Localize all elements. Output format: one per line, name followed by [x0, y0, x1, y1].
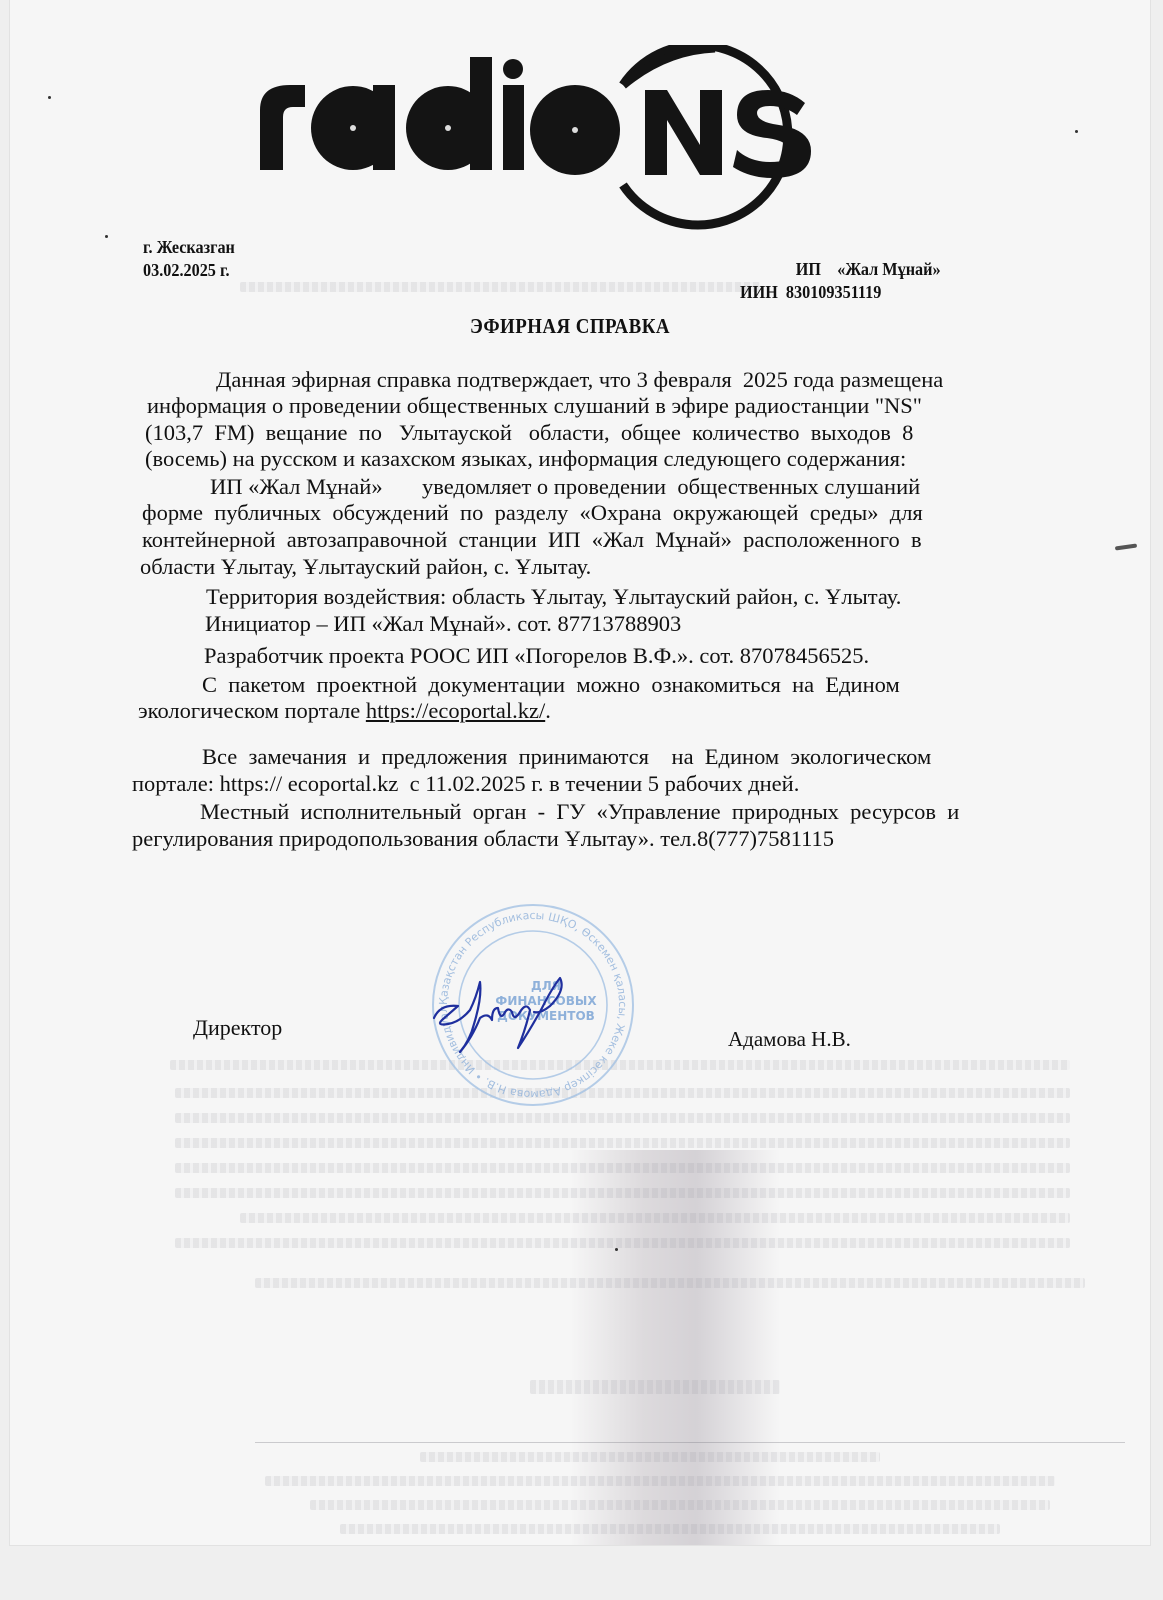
- authority-line-2: регулирования природопользования области…: [132, 826, 834, 852]
- show-through-text: [240, 282, 760, 292]
- remarks-line-1: Все замечания и предложения принимаются …: [202, 744, 931, 770]
- city: г. Жесказган: [143, 236, 235, 259]
- signatory-name: Адамова Н.В.: [728, 1027, 851, 1052]
- package-line-2: экологическом портале https://ecoportal.…: [138, 698, 551, 724]
- document-title: ЭФИРНАЯ СПРАВКА: [470, 314, 670, 339]
- show-through-text: [175, 1138, 1070, 1148]
- ecoportal-link[interactable]: https://ecoportal.kz/: [366, 698, 545, 723]
- scan-speck: [105, 235, 108, 238]
- scan-speck: [48, 96, 51, 99]
- paragraph-1-line-3: (103,7 FM) вещание по Улытауской области…: [145, 420, 1080, 446]
- show-through-text: [420, 1452, 880, 1462]
- authority-line-1: Местный исполнительный орган - ГУ «Управ…: [200, 799, 959, 825]
- show-through-rule: [255, 1442, 1125, 1443]
- document-date: 03.02.2025 г.: [143, 259, 235, 282]
- show-through-text: [255, 1278, 1085, 1288]
- package-line-1: С пакетом проектной документации можно о…: [202, 672, 900, 698]
- package-text: экологическом портале: [138, 698, 366, 723]
- show-through-text: [265, 1476, 1055, 1486]
- document-page: г. Жесказган 03.02.2025 г. ИП «Жал Мұнай…: [10, 0, 1150, 1545]
- document-place-date: г. Жесказган 03.02.2025 г.: [143, 236, 235, 282]
- signature-icon: [430, 968, 580, 1058]
- show-through-text: [175, 1113, 1070, 1123]
- show-through-text: [175, 1163, 1070, 1173]
- initiator: Инициатор – ИП «Жал Мұнай». сот. 8771378…: [205, 611, 681, 637]
- scan-speck: [1075, 130, 1078, 133]
- paragraph-2-line-1: ИП «Жал Мұнай» уведомляет о проведении о…: [210, 474, 920, 500]
- paragraph-1-line-2: информация о проведении общественных слу…: [147, 393, 1084, 419]
- remarks-line-2: портале: https:// ecoportal.kz с 11.02.2…: [132, 771, 799, 797]
- company-iin: ИИН 830109351119: [740, 281, 965, 304]
- show-through-text: [175, 1188, 1070, 1198]
- show-through-text: [340, 1524, 1000, 1534]
- show-through-text: [175, 1238, 1070, 1248]
- scan-speck: [615, 1248, 618, 1251]
- paragraph-1-line-1: Данная эфирная справка подтверждает, что…: [216, 367, 1084, 393]
- package-period: .: [545, 698, 551, 723]
- show-through-text: [310, 1500, 1050, 1510]
- radio-ns-logo-icon: [245, 45, 885, 230]
- show-through-text: [530, 1380, 780, 1394]
- paragraph-1-line-4: (восемь) на русском и казахском языках, …: [145, 446, 1080, 472]
- impact-territory: Территория воздействия: область Ұлытау, …: [206, 584, 901, 610]
- company-name: ИП «Жал Мұнай»: [740, 258, 965, 281]
- paragraph-2-line-3: контейнерной автозаправочной станции ИП …: [142, 527, 922, 553]
- paragraph-2-line-4: области Ұлытау, Ұлытауский район, с. Ұлы…: [140, 554, 591, 580]
- scan-mark: [1115, 543, 1137, 550]
- project-developer: Разработчик проекта РООС ИП «Погорелов В…: [204, 643, 869, 669]
- paragraph-2-line-2: форме публичных обсуждений по разделу «О…: [142, 500, 923, 526]
- signatory-position: Директор: [193, 1015, 282, 1041]
- show-through-text: [240, 1213, 1070, 1223]
- recipient-block: ИП «Жал Мұнай» ИИН 830109351119: [740, 258, 965, 304]
